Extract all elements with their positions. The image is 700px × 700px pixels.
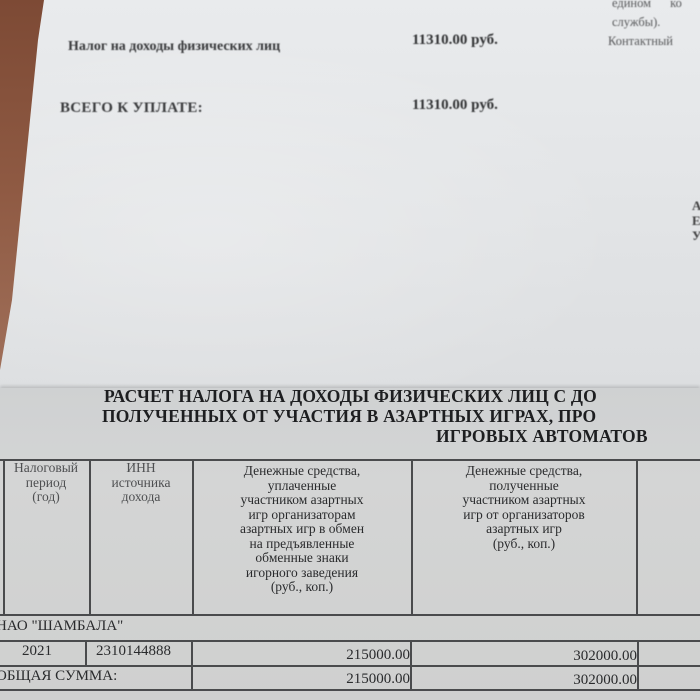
- letter-sheet: Налог на доходы физических лиц 11310.00 …: [0, 0, 700, 392]
- total-due-label: ВСЕГО К УПЛАТЕ:: [60, 100, 203, 117]
- total-due-amount: 11310.00 руб.: [412, 97, 498, 114]
- organizer-name: НАО "ШАМБАЛА": [0, 618, 123, 635]
- cell-inn: 2310144888: [96, 643, 171, 660]
- cell-received: 302000.00: [412, 648, 637, 665]
- income-tax-label: Налог на доходы физических лиц: [68, 36, 288, 58]
- header-received-funds: Денежные средства, полученные участником…: [412, 464, 636, 551]
- cell-paid: 215000.00: [193, 647, 410, 664]
- total-received: 302000.00: [412, 672, 637, 689]
- header-tax-period: Налоговый период (год): [4, 461, 88, 505]
- calculation-table: Налоговый период (год) ИНН источника дох…: [0, 388, 700, 700]
- calculation-sheet: РАСЧЕТ НАЛОГА НА ДОХОДЫ ФИЗИЧЕСКИХ ЛИЦ С…: [0, 388, 700, 700]
- cut-off-text: А Е У: [692, 198, 700, 243]
- header-paid-funds: Денежные средства, уплаченные участником…: [193, 464, 411, 595]
- income-tax-amount: 11310.00 руб.: [412, 32, 498, 49]
- cell-period: 2021: [22, 643, 52, 660]
- total-paid: 215000.00: [193, 671, 410, 688]
- side-column-text: едином ко службы). Контактный: [608, 0, 700, 51]
- total-label: ОБЩАЯ СУММА:: [0, 668, 117, 685]
- header-source-inn: ИНН источника дохода: [90, 461, 192, 505]
